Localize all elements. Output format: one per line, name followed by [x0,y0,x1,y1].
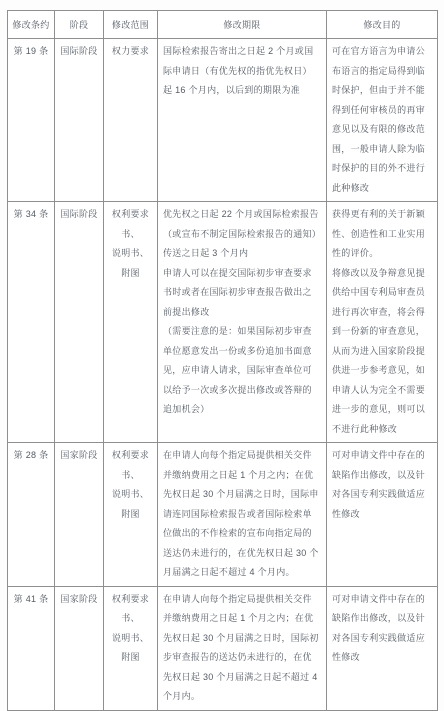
table-row: 第 28 条国家阶段权利要求书、说明书、附图在申请人向每个指定局提供相关交件并缴… [8,443,438,587]
cell-deadline: 在申请人向每个指定局提供相关交件并缴纳费用之日起 1 个月之内；在优先权日起 3… [158,443,327,587]
col-header: 修改条约 [8,11,55,39]
table-body: 第 19 条国际阶段权力要求国际检索报告寄出之日起 2 个月或国际申请日（有优先… [8,39,438,711]
header-row: 修改条约阶段修改范围修改期限修改目的 [8,11,438,39]
cell-paragraph: 优先权之日起 22 个月或国际检索报告（或宣布不制定国际检索报告的通知）传送之日… [163,205,321,264]
cell-paragraph: 权利要求书、 [109,205,152,244]
col-header: 修改期限 [158,11,327,39]
cell-scope: 权利要求书、说明书、附图 [104,202,158,443]
cell-paragraph: 申请人可以在提交国际初步审查要求书时或者在国际初步审查报告做出之前提出修改 [163,264,321,323]
col-header: 修改范围 [104,11,158,39]
cell-deadline: 优先权之日起 22 个月或国际检索报告（或宣布不制定国际检索报告的通知）传送之日… [158,202,327,443]
cell-paragraph: 权力要求 [109,42,152,62]
cell-deadline: 国际检索报告寄出之日起 2 个月或国际申请日（有优先权的指优先权日）起 16 个… [158,39,327,202]
cell-purpose: 获得更有利的关于新颖性、创造性和工业实用性的评价。将修改以及争辩意见提供给中国专… [327,202,438,443]
cell-article: 第 34 条 [8,202,55,443]
cell-paragraph: 将修改以及争辩意见提供给中国专利局审查员进行再次审查，将会得到一份新的审查意见，… [332,264,432,440]
cell-paragraph: 可在官方语言为申请公布语言的指定局得到临时保护，但由于并不能得到任何审核员的再审… [332,42,432,198]
cell-paragraph: 获得更有利的关于新颖性、创造性和工业实用性的评价。 [332,205,432,264]
cell-article: 第 28 条 [8,443,55,587]
amendment-table: 修改条约阶段修改范围修改期限修改目的 第 19 条国际阶段权力要求国际检索报告寄… [7,10,438,711]
cell-scope: 权利要求书、说明书、附图 [104,586,158,710]
cell-article: 第 41 条 [8,586,55,710]
cell-paragraph: 权利要求书、 [109,446,152,485]
cell-paragraph: 在申请人向每个指定局提供相关交件并缴纳费用之日起 1 个月之内；在优先权日起 3… [163,590,321,707]
cell-stage: 国际阶段 [55,202,104,443]
table-row: 第 41 条国家阶段权利要求书、说明书、附图在申请人向每个指定局提供相关交件并缴… [8,586,438,710]
cell-paragraph: （需要注意的是：如果国际初步审查单位愿意发出一份或多份追加书面意见，应申请人请求… [163,322,321,420]
cell-purpose: 可对申请文件中存在的缺陷作出修改，以及针对各国专利实践做适应性修改 [327,443,438,587]
cell-stage: 国际阶段 [55,39,104,202]
cell-paragraph: 在申请人向每个指定局提供相关交件并缴纳费用之日起 1 个月之内；在优先权日起 3… [163,446,321,583]
col-header: 修改目的 [327,11,438,39]
cell-paragraph: 可对申请文件中存在的缺陷作出修改，以及针对各国专利实践做适应性修改 [332,590,432,668]
cell-scope: 权力要求 [104,39,158,202]
table-row: 第 19 条国际阶段权力要求国际检索报告寄出之日起 2 个月或国际申请日（有优先… [8,39,438,202]
cell-purpose: 可对申请文件中存在的缺陷作出修改，以及针对各国专利实践做适应性修改 [327,586,438,710]
cell-stage: 国家阶段 [55,443,104,587]
cell-paragraph: 国际检索报告寄出之日起 2 个月或国际申请日（有优先权的指优先权日）起 16 个… [163,42,321,101]
cell-paragraph: 说明书、附图 [109,485,152,524]
cell-purpose: 可在官方语言为申请公布语言的指定局得到临时保护，但由于并不能得到任何审核员的再审… [327,39,438,202]
cell-paragraph: 权利要求书、 [109,590,152,629]
cell-paragraph: 说明书、附图 [109,629,152,668]
cell-stage: 国家阶段 [55,586,104,710]
cell-scope: 权利要求书、说明书、附图 [104,443,158,587]
col-header: 阶段 [55,11,104,39]
cell-article: 第 19 条 [8,39,55,202]
cell-paragraph: 可对申请文件中存在的缺陷作出修改，以及针对各国专利实践做适应性修改 [332,446,432,524]
cell-paragraph: 说明书、附图 [109,244,152,283]
cell-deadline: 在申请人向每个指定局提供相关交件并缴纳费用之日起 1 个月之内；在优先权日起 3… [158,586,327,710]
page: 修改条约阶段修改范围修改期限修改目的 第 19 条国际阶段权力要求国际检索报告寄… [0,0,444,540]
table-row: 第 34 条国际阶段权利要求书、说明书、附图优先权之日起 22 个月或国际检索报… [8,202,438,443]
